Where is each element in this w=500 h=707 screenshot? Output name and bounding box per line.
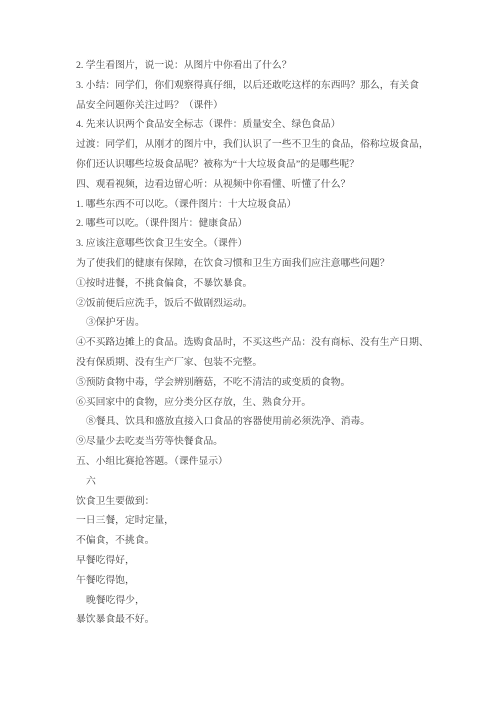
doc-line: 你们还认识哪些垃圾食品呢？被称为“十大垃圾食品”的是哪些呢？ <box>76 155 436 175</box>
doc-line: ④不买路边摊上的食品。选购食品时，不买这些产品：没有商标、没有生产日期、 <box>76 333 436 353</box>
doc-line: 品安全问题你关注过吗？（课件） <box>76 96 436 116</box>
doc-line: 早餐吃得好， <box>76 551 436 571</box>
document-page: 2. 学生看图片，说一说：从图片中你看出了什么？ 3. 小结：同学们，你们观察得… <box>0 0 500 707</box>
doc-line: 不偏食，不挑食。 <box>76 531 436 551</box>
document-text-block: 2. 学生看图片，说一说：从图片中你看出了什么？ 3. 小结：同学们，你们观察得… <box>76 56 436 630</box>
doc-line: 4. 先来认识两个食品安全标志（课件：质量安全、绿色食品） <box>76 115 436 135</box>
doc-line: 过渡：同学们，从刚才的图片中，我们认识了一些不卫生的食品，俗称垃圾食品， <box>76 135 436 155</box>
doc-line: 六 <box>76 472 436 492</box>
doc-line: ①按时进餐，不挑食偏食，不暴饮暴食。 <box>76 274 436 294</box>
doc-line: ⑤预防食物中毒，学会辨别蘑菇，不吃不清洁的或变质的食物。 <box>76 373 436 393</box>
doc-line: 为了使我们的健康有保障，在饮食习惯和卫生方面我们应注意哪些问题？ <box>76 254 436 274</box>
doc-line: 五、小组比赛抢答题。（课件显示） <box>76 452 436 472</box>
doc-line: 2. 哪些可以吃。（课件图片：健康食品） <box>76 214 436 234</box>
doc-line: 2. 学生看图片，说一说：从图片中你看出了什么？ <box>76 56 436 76</box>
doc-line: 午餐吃得饱， <box>76 571 436 591</box>
doc-line: 晚餐吃得少， <box>76 591 436 611</box>
doc-line: ⑥买回家中的食物，应分类分区存放，生、熟食分开。 <box>76 393 436 413</box>
doc-line: ⑨尽量少去吃麦当劳等快餐食品。 <box>76 432 436 452</box>
doc-line: 四、观看视频，边看边留心听：从视频中你看懂、听懂了什么？ <box>76 175 436 195</box>
doc-line: 没有保质期、没有生产厂家、包装不完整。 <box>76 353 436 373</box>
doc-line: 3. 应该注意哪些饮食卫生安全。（课件） <box>76 234 436 254</box>
doc-line: 暴饮暴食最不好。 <box>76 610 436 630</box>
doc-line: 饮食卫生要做到： <box>76 492 436 512</box>
doc-line: 一日三餐，定时定量， <box>76 511 436 531</box>
doc-line: ⑧餐具、饮具和盛放直接入口食品的容器使用前必须洗净、消毒。 <box>76 412 436 432</box>
doc-line: 3. 小结：同学们，你们观察得真仔细，以后还敢吃这样的东西吗？那么，有关食 <box>76 76 436 96</box>
doc-line: 1. 哪些东西不可以吃。（课件图片：十大垃圾食品） <box>76 195 436 215</box>
doc-line: ②饭前便后应洗手，饭后不做剧烈运动。 <box>76 294 436 314</box>
doc-line: ③保护牙齿。 <box>76 313 436 333</box>
